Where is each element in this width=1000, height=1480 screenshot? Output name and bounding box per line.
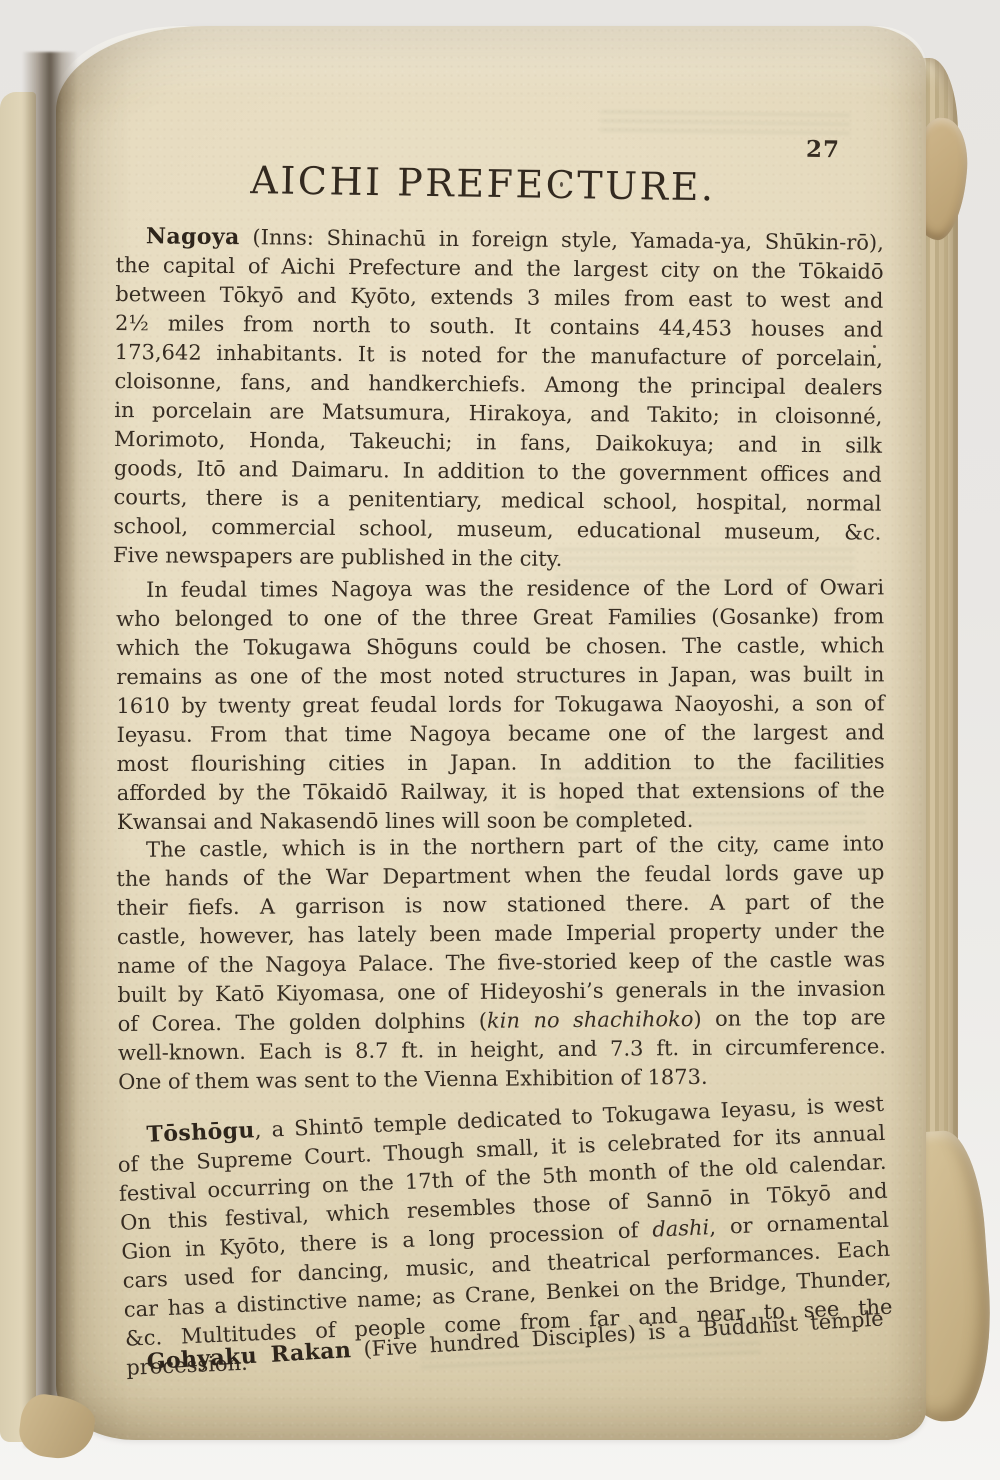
text-segment: Nagoya (146, 223, 240, 250)
text-segment: well-known. Each is 8.7 ft. in height, a… (118, 1034, 886, 1065)
text-line: remains as one of the most noted structu… (116, 660, 884, 692)
text-segment: afforded by the Tōkaidō Railway, it is h… (117, 778, 885, 805)
text-segment: Morimoto, Honda, Takeuchi; in fans, Daik… (114, 427, 882, 458)
text-line: which the Tokugawa Shōguns could be chos… (116, 631, 884, 663)
text-line: most flourishing cities in Japan. In add… (117, 747, 885, 779)
paragraph: The castle, which is in the northern par… (116, 829, 886, 1097)
paragraph: Nagoya (Inns: Shinachū in foreign style,… (113, 222, 884, 577)
text-segment: remains as one of the most noted structu… (116, 662, 884, 689)
text-segment: Ieyasu. From that time Nagoya became one… (117, 720, 885, 747)
text-segment: Tōshōgu (146, 1117, 255, 1148)
text-segment: cloisonne, fans, and handkerchiefs. Amon… (115, 369, 883, 400)
text-segment: 173,642 inhabitants. It is noted for the… (115, 340, 883, 371)
text-line: 1610 by twenty great feudal lords for To… (116, 689, 884, 721)
text-line: who belonged to one of the three Great F… (116, 602, 884, 634)
text-segment: the hands of the War Department when the… (116, 860, 884, 891)
paragraph: In feudal times Nagoya was the residence… (116, 573, 885, 837)
text-segment: most flourishing cities in Japan. In add… (117, 749, 885, 776)
text-line: afforded by the Tōkaidō Railway, it is h… (117, 776, 885, 808)
text-segment: built by Katō Kiyomasa, one of Hideyoshi… (117, 976, 885, 1007)
text-segment: goods, Itō and Daimaru. In addition to t… (114, 456, 882, 487)
page-text-layer: 27 AICHI PREFECTURE. Nagoya (Inns: Shina… (116, 0, 884, 1480)
text-segment: Five newspapers are published in the cit… (113, 543, 562, 571)
text-segment: ) on the top are (693, 1005, 885, 1031)
text-segment: The castle, which is in the northern par… (146, 831, 884, 861)
text-segment: One of them was sent to the Vienna Exhib… (118, 1065, 708, 1094)
text-line: In feudal times Nagoya was the residence… (116, 573, 884, 605)
text-segment: castle, however, has lately been made Im… (117, 918, 885, 949)
text-segment: (Inns: Shinachū in foreign style, Yamada… (240, 225, 884, 255)
text-segment: which the Tokugawa Shōguns could be chos… (116, 633, 884, 660)
text-segment: of Corea. The golden dolphins ( (118, 1009, 488, 1036)
text-segment: between Tōkyō and Kyōto, extends 3 miles… (115, 282, 883, 313)
text-line: One of them was sent to the Vienna Exhib… (118, 1061, 886, 1097)
text-segment: courts, there is a penitentiary, medical… (113, 485, 881, 516)
text-segment: dashi (652, 1215, 710, 1241)
text-segment: 2½ miles from north to south. It contain… (115, 311, 883, 342)
text-line: Ieyasu. From that time Nagoya became one… (117, 718, 885, 750)
text-segment: 1610 by twenty great feudal lords for To… (116, 691, 884, 718)
text-segment: , or ornamental (709, 1208, 890, 1240)
binding-gutter-shadow (22, 52, 78, 1448)
text-segment: the capital of Aichi Prefecture and the … (116, 253, 884, 284)
text-segment: In feudal times Nagoya was the residence… (146, 575, 884, 602)
text-segment: their fiefs. A garrison is now stationed… (117, 889, 885, 920)
text-segment: school, commercial school, museum, educa… (113, 514, 881, 545)
text-segment: who belonged to one of the three Great F… (116, 604, 884, 631)
text-segment: kin no shachihoko (487, 1007, 694, 1033)
text-segment: name of the Nagoya Palace. The five-stor… (117, 947, 885, 978)
text-segment: in porcelain are Matsumura, Hirakoya, an… (114, 398, 882, 429)
text-segment: Kwansai and Nakasendō lines will soon be… (117, 808, 694, 834)
page-text: Nagoya (Inns: Shinachū in foreign style,… (116, 0, 884, 1480)
